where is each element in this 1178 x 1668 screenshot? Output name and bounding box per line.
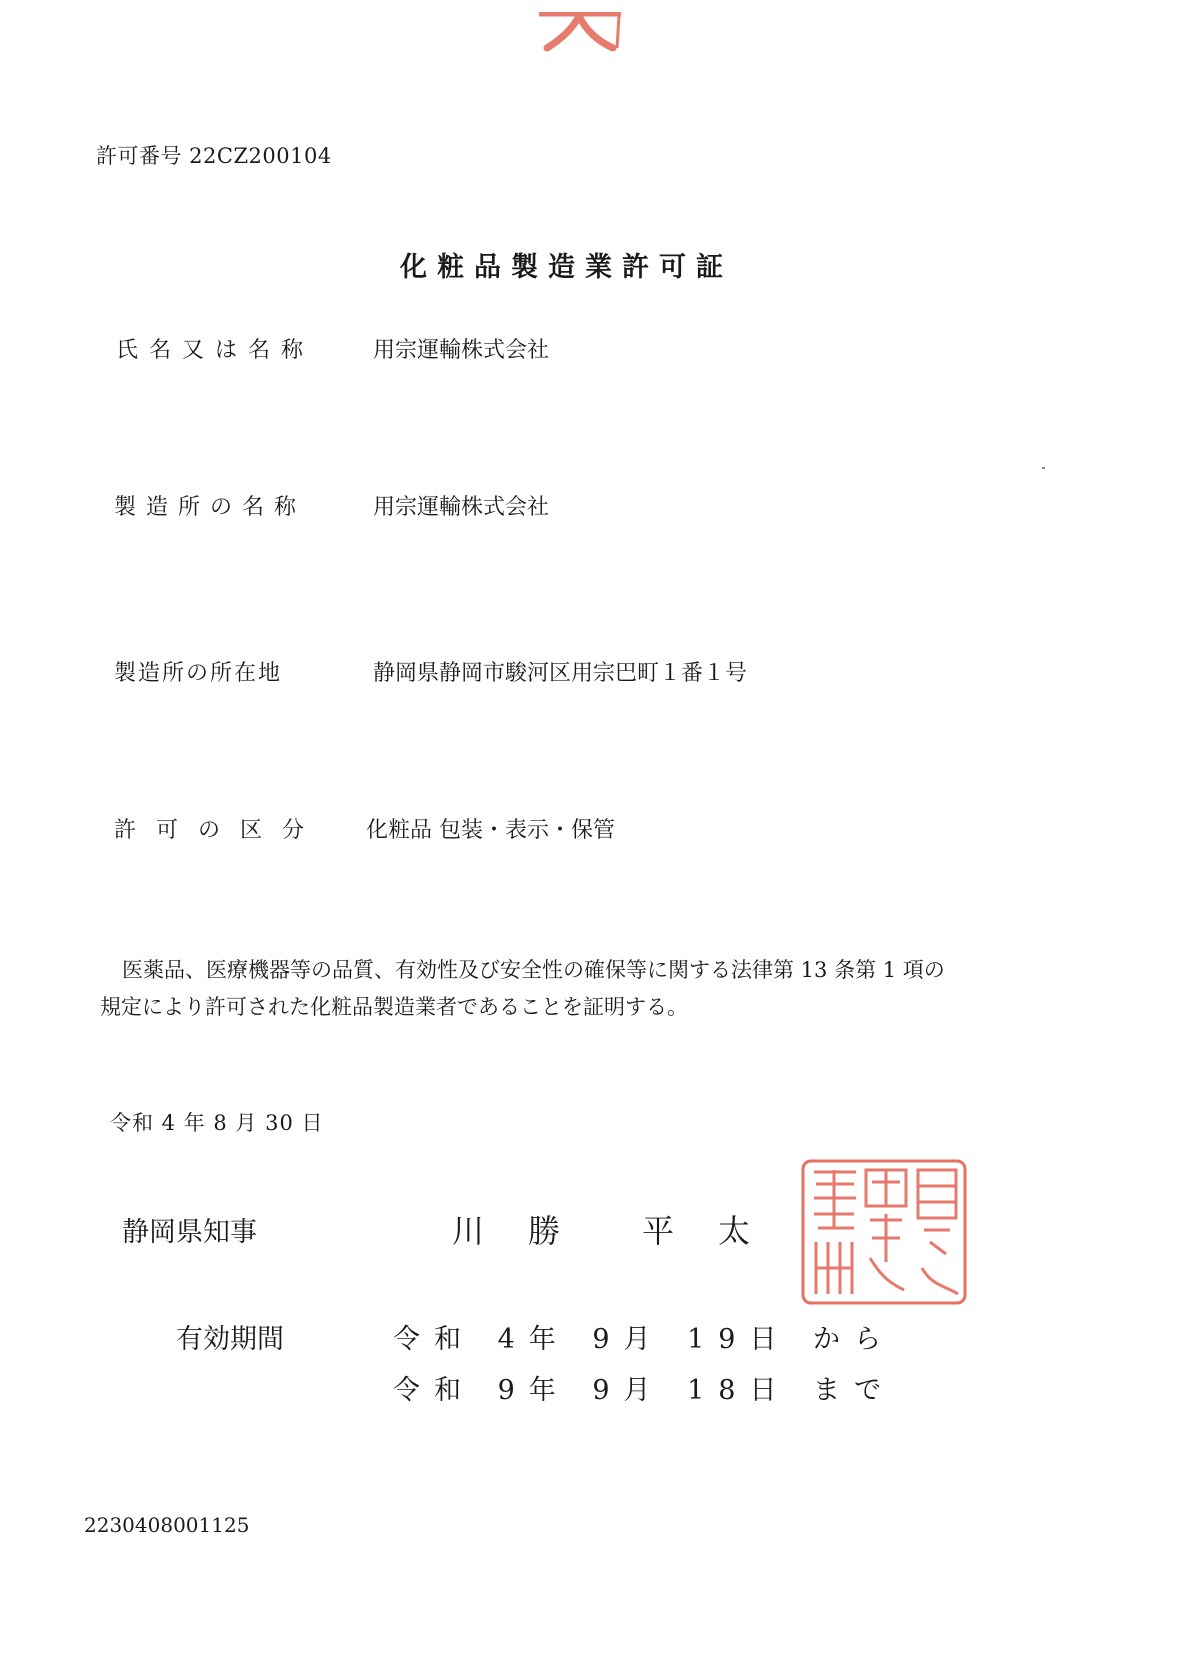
certification-line-2: 規定により許可された化粧品製造業者であることを証明する。 [100,989,1100,1026]
issue-date: 令和 4 年 8 月 30 日 [110,1107,324,1137]
seal-fragment-top [537,12,623,52]
issuer-given-name: 平太 [642,1212,794,1250]
document-title: 化粧品製造業許可証 [400,245,733,284]
permit-number: 許可番号 22CZ200104 [96,140,332,170]
field-label-name: 氏名又は名称 [116,333,314,364]
field-label-facility-name: 製造所の名称 [114,490,306,521]
field-value-name: 用宗運輸株式会社 [373,333,549,364]
certification-text: 医薬品、医療機器等の品質、有効性及び安全性の確保等に関する法律第 13 条第 1… [100,952,1100,1026]
issuer-title: 静岡県知事 [122,1210,257,1249]
validity-label: 有効期間 [176,1317,284,1356]
field-value-permit-category: 化粧品 包装・表示・保管 [366,813,615,844]
field-value-facility-name: 用宗運輸株式会社 [373,490,549,521]
field-label-permit-category: 許可の区分 [114,813,324,844]
document-number: 2230408001125 [84,1513,249,1537]
validity-from: 令和 4年 9月 19日 から [393,1317,895,1356]
field-value-facility-address: 静岡県静岡市駿河区用宗巴町１番１号 [373,656,747,687]
certification-line-1: 医薬品、医療機器等の品質、有効性及び安全性の確保等に関する法律第 13 条第 1… [100,952,1100,989]
issuer-name: 川勝平太 [452,1206,794,1252]
scan-speck [1042,467,1045,469]
field-label-facility-address: 製造所の所在地 [114,656,282,687]
official-seal-icon [800,1158,968,1306]
issuer-family-name: 川勝 [452,1212,604,1250]
validity-to: 令和 9年 9月 18日 まで [393,1368,895,1407]
